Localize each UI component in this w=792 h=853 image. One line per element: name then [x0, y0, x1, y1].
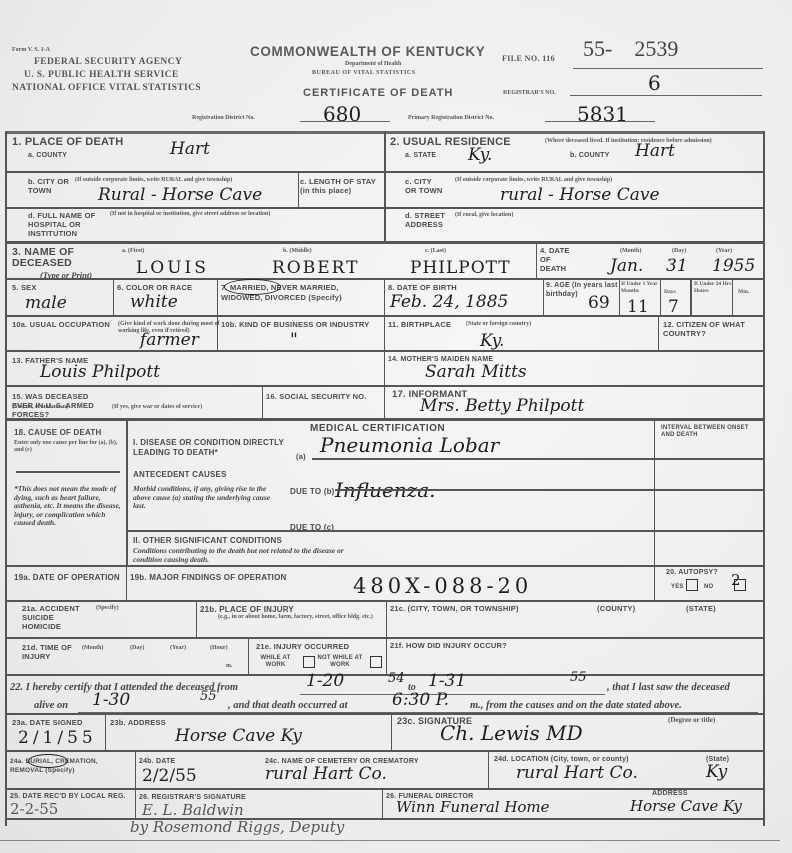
ur-county-label: b. COUNTY [570, 151, 610, 160]
autopsy-yes-label: YES [671, 583, 684, 592]
physician-signature: Ch. Lewis MD [440, 721, 583, 745]
dod-day-value: 31 [666, 256, 688, 276]
birthplace-value: Ky. [480, 331, 504, 351]
ur-city-note: (If outside corporate limits, write RURA… [455, 177, 755, 184]
informant-value: Mrs. Betty Philpott [420, 396, 584, 416]
attended-to-year: 55 [570, 670, 587, 685]
file-no-value: 55- 2539 [583, 36, 678, 62]
alive-on-label: alive on [34, 700, 68, 711]
cause-of-death-label: 18. CAUSE OF DEATH [14, 428, 101, 437]
cert-text-4: m., from the causes and on the date stat… [470, 700, 682, 711]
cause-of-death-note: Enter only one cause per line for (a), (… [14, 440, 126, 454]
state-title: COMMONWEALTH OF KENTUCKY [250, 44, 485, 59]
date-signed-label: 23a. DATE SIGNED [12, 718, 83, 727]
age-days-value: 7 [668, 297, 679, 317]
attended-from-year: 54 [388, 671, 405, 686]
injury-m-label: m. [226, 663, 233, 670]
pod-hospital-note: (If not in hospital or institution, give… [110, 211, 380, 218]
op-findings-label: 19b. MAJOR FINDINGS OF OPERATION [130, 573, 287, 582]
pod-county-label: a. COUNTY [28, 151, 67, 160]
pod-county-value: Hart [170, 139, 210, 159]
autopsy-label: 20. AUTOPSY? [666, 568, 718, 577]
under24-min-label: Min. [738, 289, 749, 296]
age-months-value: 11 [627, 297, 649, 317]
last-name-value: PHILPOTT [410, 258, 511, 278]
marital-circle-mark [224, 279, 281, 295]
autopsy-no-label: NO [704, 583, 713, 592]
first-name-label: a. (First) [122, 248, 144, 255]
funeral-address-value: Horse Cave Ky [630, 797, 742, 815]
registrar-no-label: REGISTRAR'S NO. [503, 90, 556, 97]
under1-days-label: Days [664, 289, 676, 296]
injury-state-label: (STATE) [686, 604, 716, 613]
degree-label: (Degree or title) [668, 717, 715, 724]
pod-hospital-label: d. FULL NAME OF HOSPITAL OR INSTITUTION [28, 211, 113, 238]
how-injury-label: 21f. HOW DID INJURY OCCUR? [390, 641, 507, 650]
death-certificate: Form V. S. 1-A FEDERAL SECURITY AGENCY U… [0, 0, 792, 853]
attended-to-date: 1-31 [428, 671, 466, 691]
location-value: rural Hart Co. [516, 763, 638, 783]
deputy-note: by Rosemond Riggs, Deputy [130, 818, 344, 836]
accident-label: 21a. ACCIDENT SUICIDE HOMICIDE [22, 604, 90, 631]
name-label: 3. NAME OF DECEASED [12, 247, 107, 269]
dod-month-label: (Month) [620, 248, 641, 255]
cert-text-2: , that I last saw the deceased [607, 682, 730, 693]
place-of-death-title: 1. PLACE OF DEATH [12, 138, 123, 147]
cause-footnote: *This does not mean the mode of dying, s… [14, 485, 126, 528]
dod-year-label: (Year) [716, 248, 732, 255]
ur-state-label: a. STATE [405, 151, 436, 160]
injury-occurred-label: 21e. INJURY OCCURRED [256, 642, 349, 651]
first-name-value: LOUIS [136, 258, 209, 278]
not-while-at-work-label: NOT WHILE AT WORK [316, 655, 364, 669]
file-no-label: FILE NO. 116 [502, 54, 555, 63]
burial-circle-mark [28, 754, 68, 768]
ur-street-label: d. STREET ADDRESS [405, 211, 455, 229]
antecedent-note: Morbid conditions, if any, giving rise t… [133, 485, 283, 511]
autopsy-yes-checkbox[interactable] [686, 579, 698, 591]
injury-hour-label: (Hour) [210, 645, 228, 652]
injury-year-label: (Year) [170, 645, 186, 652]
certificate-title: CERTIFICATE OF DEATH [303, 87, 453, 99]
cemetery-value: rural Hart Co. [265, 764, 387, 784]
pod-city-value: Rural - Horse Cave [98, 185, 262, 205]
dod-year-value: 1955 [712, 256, 755, 276]
place-of-injury-note: (e.g., in or about home, farm, factory, … [218, 614, 383, 621]
registrar-no-value: 6 [648, 71, 661, 95]
line-a-marker: (a) [296, 452, 306, 461]
agency-line-3: NATIONAL OFFICE VITAL STATISTICS [12, 83, 201, 93]
middle-name-value: ROBERT [272, 258, 359, 278]
pod-city-note: (If outside corporate limits, write RURA… [75, 177, 295, 184]
age-label: 9. AGE (In years last birthday) [546, 281, 626, 299]
interval-label: INTERVAL BETWEEN ONSET AND DEATH [661, 425, 761, 439]
mother-value: Sarah Mitts [425, 362, 527, 382]
ur-county-value: Hart [635, 141, 675, 161]
medical-cert-title: MEDICAL CERTIFICATION [310, 424, 445, 433]
alive-on-year: 55 [200, 689, 217, 704]
cert-text-3: , and that death occurred at [228, 700, 348, 711]
dod-day-label: (Day) [672, 248, 686, 255]
dob-label: 8. DATE OF BIRTH [388, 283, 457, 292]
business-value: " [290, 330, 298, 350]
registration-district-label: Registration District No. [192, 115, 255, 122]
department: Department of Health [345, 61, 401, 68]
autopsy-no-checkbox[interactable]: 2 [734, 579, 746, 591]
disease-label: I. DISEASE OR CONDITION DIRECTLY LEADING… [133, 438, 303, 458]
ur-street-note: (If rural, give location) [455, 212, 513, 219]
date-of-death-label: 4. DATE OF DEATH [540, 246, 575, 273]
agency-line-2: U. S. PUBLIC HEALTH SERVICE [24, 70, 179, 80]
antecedent-label: ANTECEDENT CAUSES [133, 470, 227, 479]
injury-month-label: (Month) [82, 645, 103, 652]
pod-length-of-stay-label: c. LENGTH OF STAY (in this place) [300, 177, 382, 195]
citizen-label: 12. CITIZEN OF WHAT COUNTRY? [663, 320, 758, 338]
due-to-b-label: DUE TO (b) [290, 487, 335, 496]
date-received-value: 2-2-55 [10, 800, 58, 818]
usual-residence-title: 2. USUAL RESIDENCE [390, 138, 511, 147]
injury-county-label: (COUNTY) [597, 604, 635, 613]
bureau: BUREAU OF VITAL STATISTICS [312, 70, 416, 77]
other-conditions-note: Conditions contributing to the death but… [133, 547, 363, 564]
middle-name-label: b. (Middle) [283, 248, 312, 255]
sex-label: 5. SEX [12, 283, 37, 292]
while-at-work-label: WHILE AT WORK [253, 655, 298, 669]
dob-value: Feb. 24, 1885 [390, 292, 508, 312]
pod-city-label: b. CITY OR TOWN [28, 177, 78, 195]
primary-district-label: Primary Registration District No. [408, 115, 494, 122]
registration-district-value: 680 [323, 102, 361, 126]
other-conditions-label: II. OTHER SIGNIFICANT CONDITIONS [133, 536, 282, 545]
under24-hours-label: If Under 24 Hrs Hours [694, 281, 734, 295]
registrar-signature-value: E. L. Baldwin [142, 801, 244, 819]
op-findings-value: 480X-088-20 [353, 574, 532, 598]
age-years-value: 69 [588, 293, 610, 313]
burial-date-label: 24b. DATE [139, 757, 175, 766]
under1-months-label: If Under 1 Year Months [621, 281, 661, 295]
address-value: Horse Cave Ky [175, 726, 302, 746]
sex-value: male [25, 293, 67, 313]
injury-day-label: (Day) [130, 645, 144, 652]
last-name-label: c. (Last) [425, 248, 446, 255]
injury-city-label: 21c. (CITY, TOWN, OR TOWNSHIP) [390, 604, 519, 613]
op-date-label: 19a. DATE OF OPERATION [14, 573, 124, 582]
ssn-label: 16. SOCIAL SECURITY NO. [266, 392, 381, 401]
business-label: 10b. KIND OF BUSINESS OR INDUSTRY [221, 320, 381, 329]
armed-forces-note-1: (Yes, no, or unknown) [12, 404, 68, 411]
race-label: 6. COLOR OR RACE [117, 283, 192, 292]
primary-district-value: 5831 [577, 102, 628, 126]
ur-state-value: Ky. [468, 145, 492, 165]
location-state-value: Ky [706, 762, 727, 782]
while-at-work-checkbox[interactable] [303, 656, 315, 668]
race-value: white [130, 292, 178, 312]
birthplace-label: 11. BIRTHPLACE [388, 320, 451, 329]
ur-city-value: rural - Horse Cave [500, 185, 660, 205]
alive-on-date: 1-30 [92, 690, 130, 710]
form-number: Form V. S. 1-A [12, 47, 50, 54]
dod-month-value: Jan. [610, 256, 643, 276]
death-time: 6:30 P. [392, 690, 449, 710]
injury-time-label: 21d. TIME OF INJURY [22, 643, 72, 661]
date-signed-value: 2/1/55 [18, 728, 97, 748]
not-while-at-work-checkbox[interactable] [370, 656, 382, 668]
funeral-director-value: Winn Funeral Home [396, 798, 550, 816]
father-value: Louis Philpott [40, 362, 160, 382]
burial-date-value: 2/2/55 [142, 766, 197, 786]
ur-city-label: c. CITY OR TOWN [405, 177, 445, 195]
armed-forces-note-2: (If yes, give war or dates of service) [112, 404, 202, 411]
attended-from-date: 1-20 [306, 671, 344, 691]
address-label: 23b. ADDRESS [110, 718, 166, 727]
birthplace-note: (State or foreign country) [466, 321, 531, 328]
line-a-value: Pneumonia Lobar [320, 433, 499, 457]
accident-specify: (Specify) [96, 605, 119, 612]
place-of-injury-label: 21b. PLACE OF INJURY [200, 605, 294, 614]
occupation-value: farmer [140, 330, 199, 350]
agency-line-1: FEDERAL SECURITY AGENCY [34, 57, 182, 67]
autopsy-check-mark: 2 [731, 571, 741, 589]
